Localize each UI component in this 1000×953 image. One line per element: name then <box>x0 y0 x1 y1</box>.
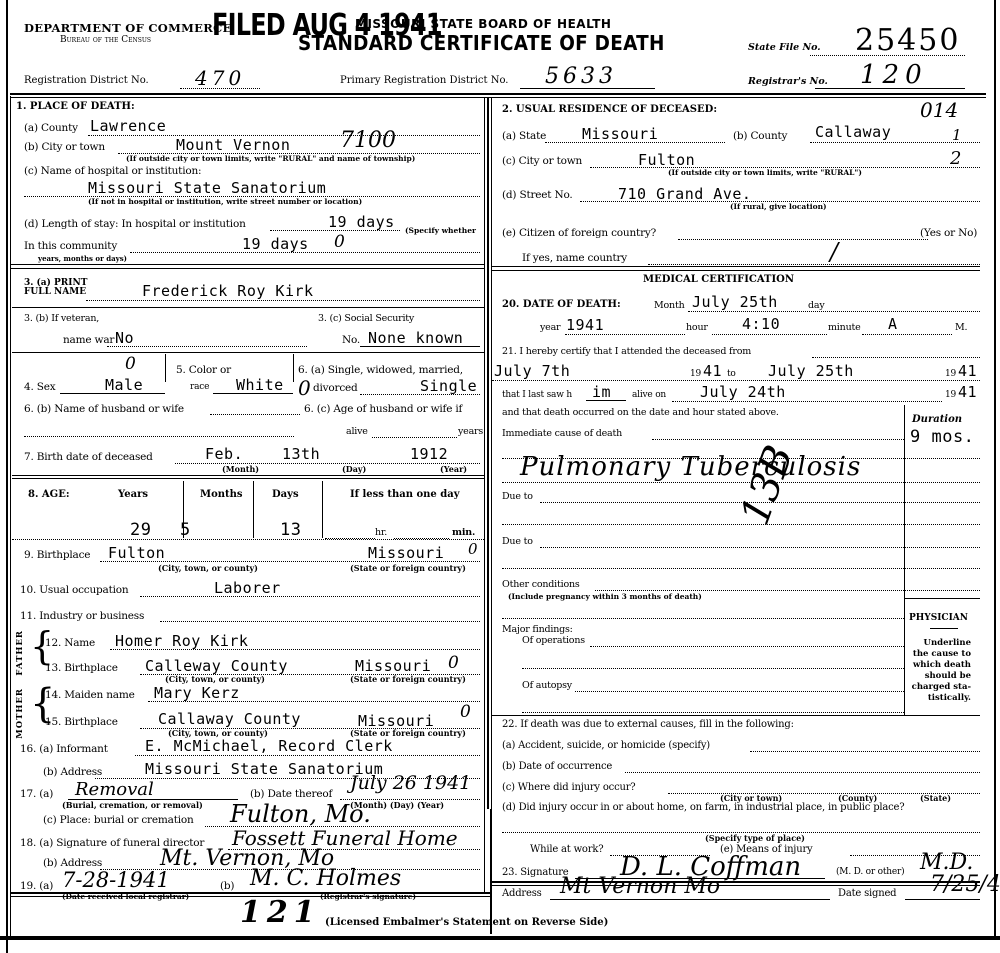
disposition-date: July 26 1941 <box>350 772 471 794</box>
external-d-label: (d) Did injury occur in or about home, o… <box>502 802 904 813</box>
residence-city-code: 2 <box>950 148 961 169</box>
death-county: Lawrence <box>90 117 166 135</box>
md-label: (M. D. or other) <box>836 867 904 877</box>
month-caption: (Month) <box>222 464 259 474</box>
mother-side-label: MOTHER <box>15 688 25 739</box>
marital-label: 6. (a) Single, widowed, married, <box>298 364 463 376</box>
attended-from-year: 41 <box>703 362 722 380</box>
occupation-value: Laborer <box>214 579 281 597</box>
physician-heading: PHYSICIAN <box>909 613 968 623</box>
birth-year: 1912 <box>410 445 448 463</box>
less-than-day-header: If less than one day <box>350 489 460 500</box>
social-security-number: None known <box>368 329 463 347</box>
birthplace-state-caption: (State or foreign country) <box>350 563 466 573</box>
color-label: 5. Color or <box>176 364 231 376</box>
place-type-caption: (Specify type of place) <box>705 833 805 843</box>
community-note: years, months or days) <box>38 254 127 263</box>
father-city-caption: (City, town, or county) <box>165 674 265 684</box>
hr-label: hr. <box>375 527 387 538</box>
date-signed: 7/25/41 <box>930 872 1000 897</box>
hospital-note: (If not in hospital or institution, writ… <box>88 197 362 206</box>
embalmer-note: (Licensed Embalmer's Statement on Revers… <box>325 917 608 928</box>
year-caption: (Year) <box>440 464 467 474</box>
mother-birthplace-label: 15. Birthplace <box>45 716 118 728</box>
race-value: White <box>236 376 284 394</box>
days-header: Days <box>272 489 299 500</box>
birth-date-label: 7. Birth date of deceased <box>24 451 153 463</box>
date-signed-label: Date signed <box>838 888 896 899</box>
last-saw-date: July 24th <box>700 383 786 401</box>
m-label: M. <box>955 322 967 333</box>
occupation-label: 10. Usual occupation <box>20 584 128 596</box>
last-saw-him: im <box>592 383 611 401</box>
race-label: race <box>190 382 209 392</box>
age-days: 13 <box>280 520 301 540</box>
birth-day: 13th <box>282 445 320 463</box>
res-city-label: (c) City or town <box>502 155 582 167</box>
death-ampm: A <box>888 315 898 333</box>
primary-reg-label: Primary Registration District No. <box>340 75 508 86</box>
certificate-title: STANDARD CERTIFICATE OF DEATH <box>298 31 665 55</box>
disposition-method: Removal <box>75 779 154 800</box>
day-caption: (Day) <box>342 464 366 474</box>
community-label: In this community <box>24 240 117 252</box>
state-caption: (State) <box>920 793 951 803</box>
death-month-day: July 25th <box>692 293 778 311</box>
birthplace-city-caption: (City, town, or county) <box>158 563 258 573</box>
minute-label: minute <box>828 322 861 333</box>
received-label: 19. (a) <box>20 880 53 892</box>
residence-state: Missouri <box>582 125 658 143</box>
father-name: Homer Roy Kirk <box>115 632 248 650</box>
months-header: Months <box>200 489 243 500</box>
last-year-prefix: 19 <box>945 390 956 400</box>
stay-specify-note: (Specify whether <box>405 226 476 235</box>
hour-label: hour <box>686 322 708 333</box>
ss-no-label: No. <box>342 334 360 346</box>
divorced-label: divorced <box>313 382 358 394</box>
place-of-death-heading: 1. PLACE OF DEATH: <box>16 101 135 112</box>
death-city: Mount Vernon <box>176 136 290 154</box>
city-note: (If outside city or town limits, write "… <box>126 154 415 163</box>
age-months: 5 <box>180 520 191 540</box>
spouse-label: 6. (b) Name of husband or wife <box>24 403 184 415</box>
residence-street: 710 Grand Ave. <box>618 185 751 203</box>
birth-month: Feb. <box>205 445 243 463</box>
community-code: 0 <box>334 232 345 252</box>
father-side-label: FATHER <box>15 630 25 676</box>
primary-reg-number: 5633 <box>545 64 617 89</box>
registrar-b-label: (b) <box>220 880 234 892</box>
full-name: Frederick Roy Kirk <box>142 282 314 300</box>
attended-from: July 7th <box>494 362 570 380</box>
stay-label: (d) Length of stay: In hospital or insti… <box>24 218 246 230</box>
age-label: 8. AGE: <box>28 489 70 500</box>
mother-birthplace-city: Callaway County <box>158 710 301 728</box>
citizen-yesno: (Yes or No) <box>920 227 977 239</box>
date-received-caption: (Date received local registrar) <box>62 892 189 901</box>
sex-code: 0 <box>125 354 136 374</box>
father-birthplace-state: Missouri <box>355 657 431 675</box>
burial-place-label: (c) Place: burial or cremation <box>43 814 194 826</box>
alive-label: alive <box>346 426 368 437</box>
marital-status: Single <box>420 377 477 395</box>
ss-label: 3. (c) Social Security <box>318 313 414 324</box>
immediate-cause-label: Immediate cause of death <box>502 428 622 439</box>
spouse-age-label: 6. (c) Age of husband or wife if <box>304 403 462 415</box>
death-year: 1941 <box>566 316 604 334</box>
date-received: 7-28-1941 <box>62 868 170 892</box>
war-label: name war <box>63 334 114 346</box>
from-year-prefix: 19 <box>690 369 701 379</box>
birthplace-label: 9. Birthplace <box>24 549 90 561</box>
other-conditions-label: Other conditions <box>502 579 580 590</box>
to-label: to <box>727 369 736 379</box>
duration-label: Duration <box>912 414 962 425</box>
res-city-note: (If outside city or town limits, write "… <box>668 168 862 177</box>
birthplace-city: Fulton <box>108 544 165 562</box>
disposition-method-caption: (Burial, cremation, or removal) <box>62 800 203 810</box>
informant-address: Missouri State Sanatorium <box>145 760 383 778</box>
residence-county-code: 1 <box>952 126 962 144</box>
alive-on-label: alive on <box>632 390 666 400</box>
name-label-2: FULL NAME <box>24 288 86 297</box>
burial-place: Fulton, Mo. <box>230 800 371 828</box>
attended-to-year: 41 <box>958 362 977 380</box>
medical-heading: MEDICAL CERTIFICATION <box>643 274 794 285</box>
res-street-label: (d) Street No. <box>502 189 573 201</box>
death-hour: 4:10 <box>742 315 780 333</box>
at-work-label: While at work? <box>530 844 603 855</box>
death-city-code: 7100 <box>340 128 396 153</box>
board-label: MISSOURI STATE BOARD OF HEALTH <box>355 17 611 31</box>
last-saw-label: that I last saw h <box>502 390 572 400</box>
sex-label: 4. Sex <box>24 381 55 393</box>
day-label: day <box>808 300 825 311</box>
birthplace-state: Missouri <box>368 544 444 562</box>
hospital-label: (c) Name of hospital or institution: <box>24 165 201 177</box>
autopsy-label: Of autopsy <box>522 680 572 691</box>
veteran-war: No <box>115 329 134 347</box>
reg-district-label: Registration District No. <box>24 75 149 86</box>
registrar-label: Registrar's No. <box>748 76 828 87</box>
mother-birthplace-code: 0 <box>460 702 471 722</box>
residence-county: Callaway <box>815 123 891 141</box>
operations-label: Of operations <box>522 635 585 646</box>
industry-label: 11. Industry or business <box>20 610 144 622</box>
residence-code: 014 <box>920 98 958 122</box>
informant-label: 16. (a) Informant <box>20 743 108 755</box>
registrar-signature: M. C. Holmes <box>250 866 401 891</box>
registrar-number: 120 <box>860 60 928 90</box>
immediate-cause: Pulmonary Tuberculosis <box>520 452 861 482</box>
residence-heading: 2. USUAL RESIDENCE OF DECEASED: <box>502 104 717 115</box>
disposition-label: 17. (a) <box>20 788 53 800</box>
res-street-note: (If rural, give location) <box>730 202 827 211</box>
external-a-label: (a) Accident, suicide, or homicide (spec… <box>502 740 710 751</box>
disposition-date-label: (b) Date thereof <box>250 788 332 800</box>
residence-city: Fulton <box>638 151 695 169</box>
month-label: Month <box>654 300 685 311</box>
department-label: DEPARTMENT OF COMMERCE <box>24 21 232 35</box>
certify-text: 21. I hereby certify that I attended the… <box>502 346 751 357</box>
signature-label: 23. Signature <box>502 867 569 878</box>
margin-mark: 121 <box>240 895 321 930</box>
stay-in-community: 19 days <box>242 235 309 253</box>
death-date-label: 20. DATE OF DEATH: <box>502 299 621 310</box>
years-label: years <box>458 426 483 437</box>
father-birthplace-code: 0 <box>448 653 459 673</box>
last-saw-year: 41 <box>958 383 977 401</box>
physician-address: Mt Vernon Mo <box>560 874 720 899</box>
registrar-signature-caption: (Registrar's signature) <box>320 892 416 901</box>
other-conditions-note: (Include pregnancy within 3 months of de… <box>508 592 702 601</box>
father-name-label: 12. Name <box>45 637 95 649</box>
years-header: Years <box>118 489 148 500</box>
due-to-2-label: Due to <box>502 536 533 547</box>
country-label: If yes, name country <box>522 252 627 264</box>
informant-name: E. McMichael, Record Clerk <box>145 737 393 755</box>
attended-to: July 25th <box>768 362 854 380</box>
race-code: 0 <box>298 376 311 400</box>
father-birthplace-label: 13. Birthplace <box>45 662 118 674</box>
physician-note: Underline the cause to which death shoul… <box>909 638 971 704</box>
father-birthplace-city: Calleway County <box>145 657 288 675</box>
citizen-label: (e) Citizen of foreign country? <box>502 227 656 239</box>
father-state-caption: (State or foreign country) <box>350 674 466 684</box>
mother-maiden-name: Mary Kerz <box>154 684 240 702</box>
veteran-label: 3. (b) If veteran, <box>24 313 99 324</box>
country-mark: / <box>830 238 838 266</box>
external-heading: 22. If death was due to external causes,… <box>502 719 794 730</box>
year-label: year <box>540 322 560 333</box>
occurred-text: and that death occurred on the date and … <box>502 407 779 418</box>
external-b-label: (b) Date of occurrence <box>502 761 612 772</box>
stay-in-hospital: 19 days <box>328 213 395 231</box>
informant-address-label: (b) Address <box>43 766 102 778</box>
duration-value: 9 mos. <box>910 427 974 447</box>
due-to-1-label: Due to <box>502 491 533 502</box>
res-county-label: (b) County <box>733 130 787 142</box>
age-years: 29 <box>130 520 151 540</box>
major-findings-label: Major findings: <box>502 624 573 635</box>
county-label: (a) County <box>24 122 78 134</box>
mother-name-label: 14. Maiden name <box>45 689 135 701</box>
death-hospital: Missouri State Sanatorium <box>88 179 326 197</box>
external-c-label: (c) Where did injury occur? <box>502 782 635 793</box>
sex-value: Male <box>105 376 143 394</box>
state-file-number: 25450 <box>855 23 960 58</box>
reg-district-number: 470 <box>195 66 245 90</box>
to-year-prefix: 19 <box>945 369 956 379</box>
state-file-label: State File No. <box>748 42 821 53</box>
bureau-label: Bureau of the Census <box>60 35 151 45</box>
physician-address-label: Address <box>502 888 542 899</box>
min-label: min. <box>452 527 475 538</box>
birthplace-code: 0 <box>468 540 478 558</box>
city-label: (b) City or town <box>24 141 105 153</box>
res-state-label: (a) State <box>502 130 546 142</box>
